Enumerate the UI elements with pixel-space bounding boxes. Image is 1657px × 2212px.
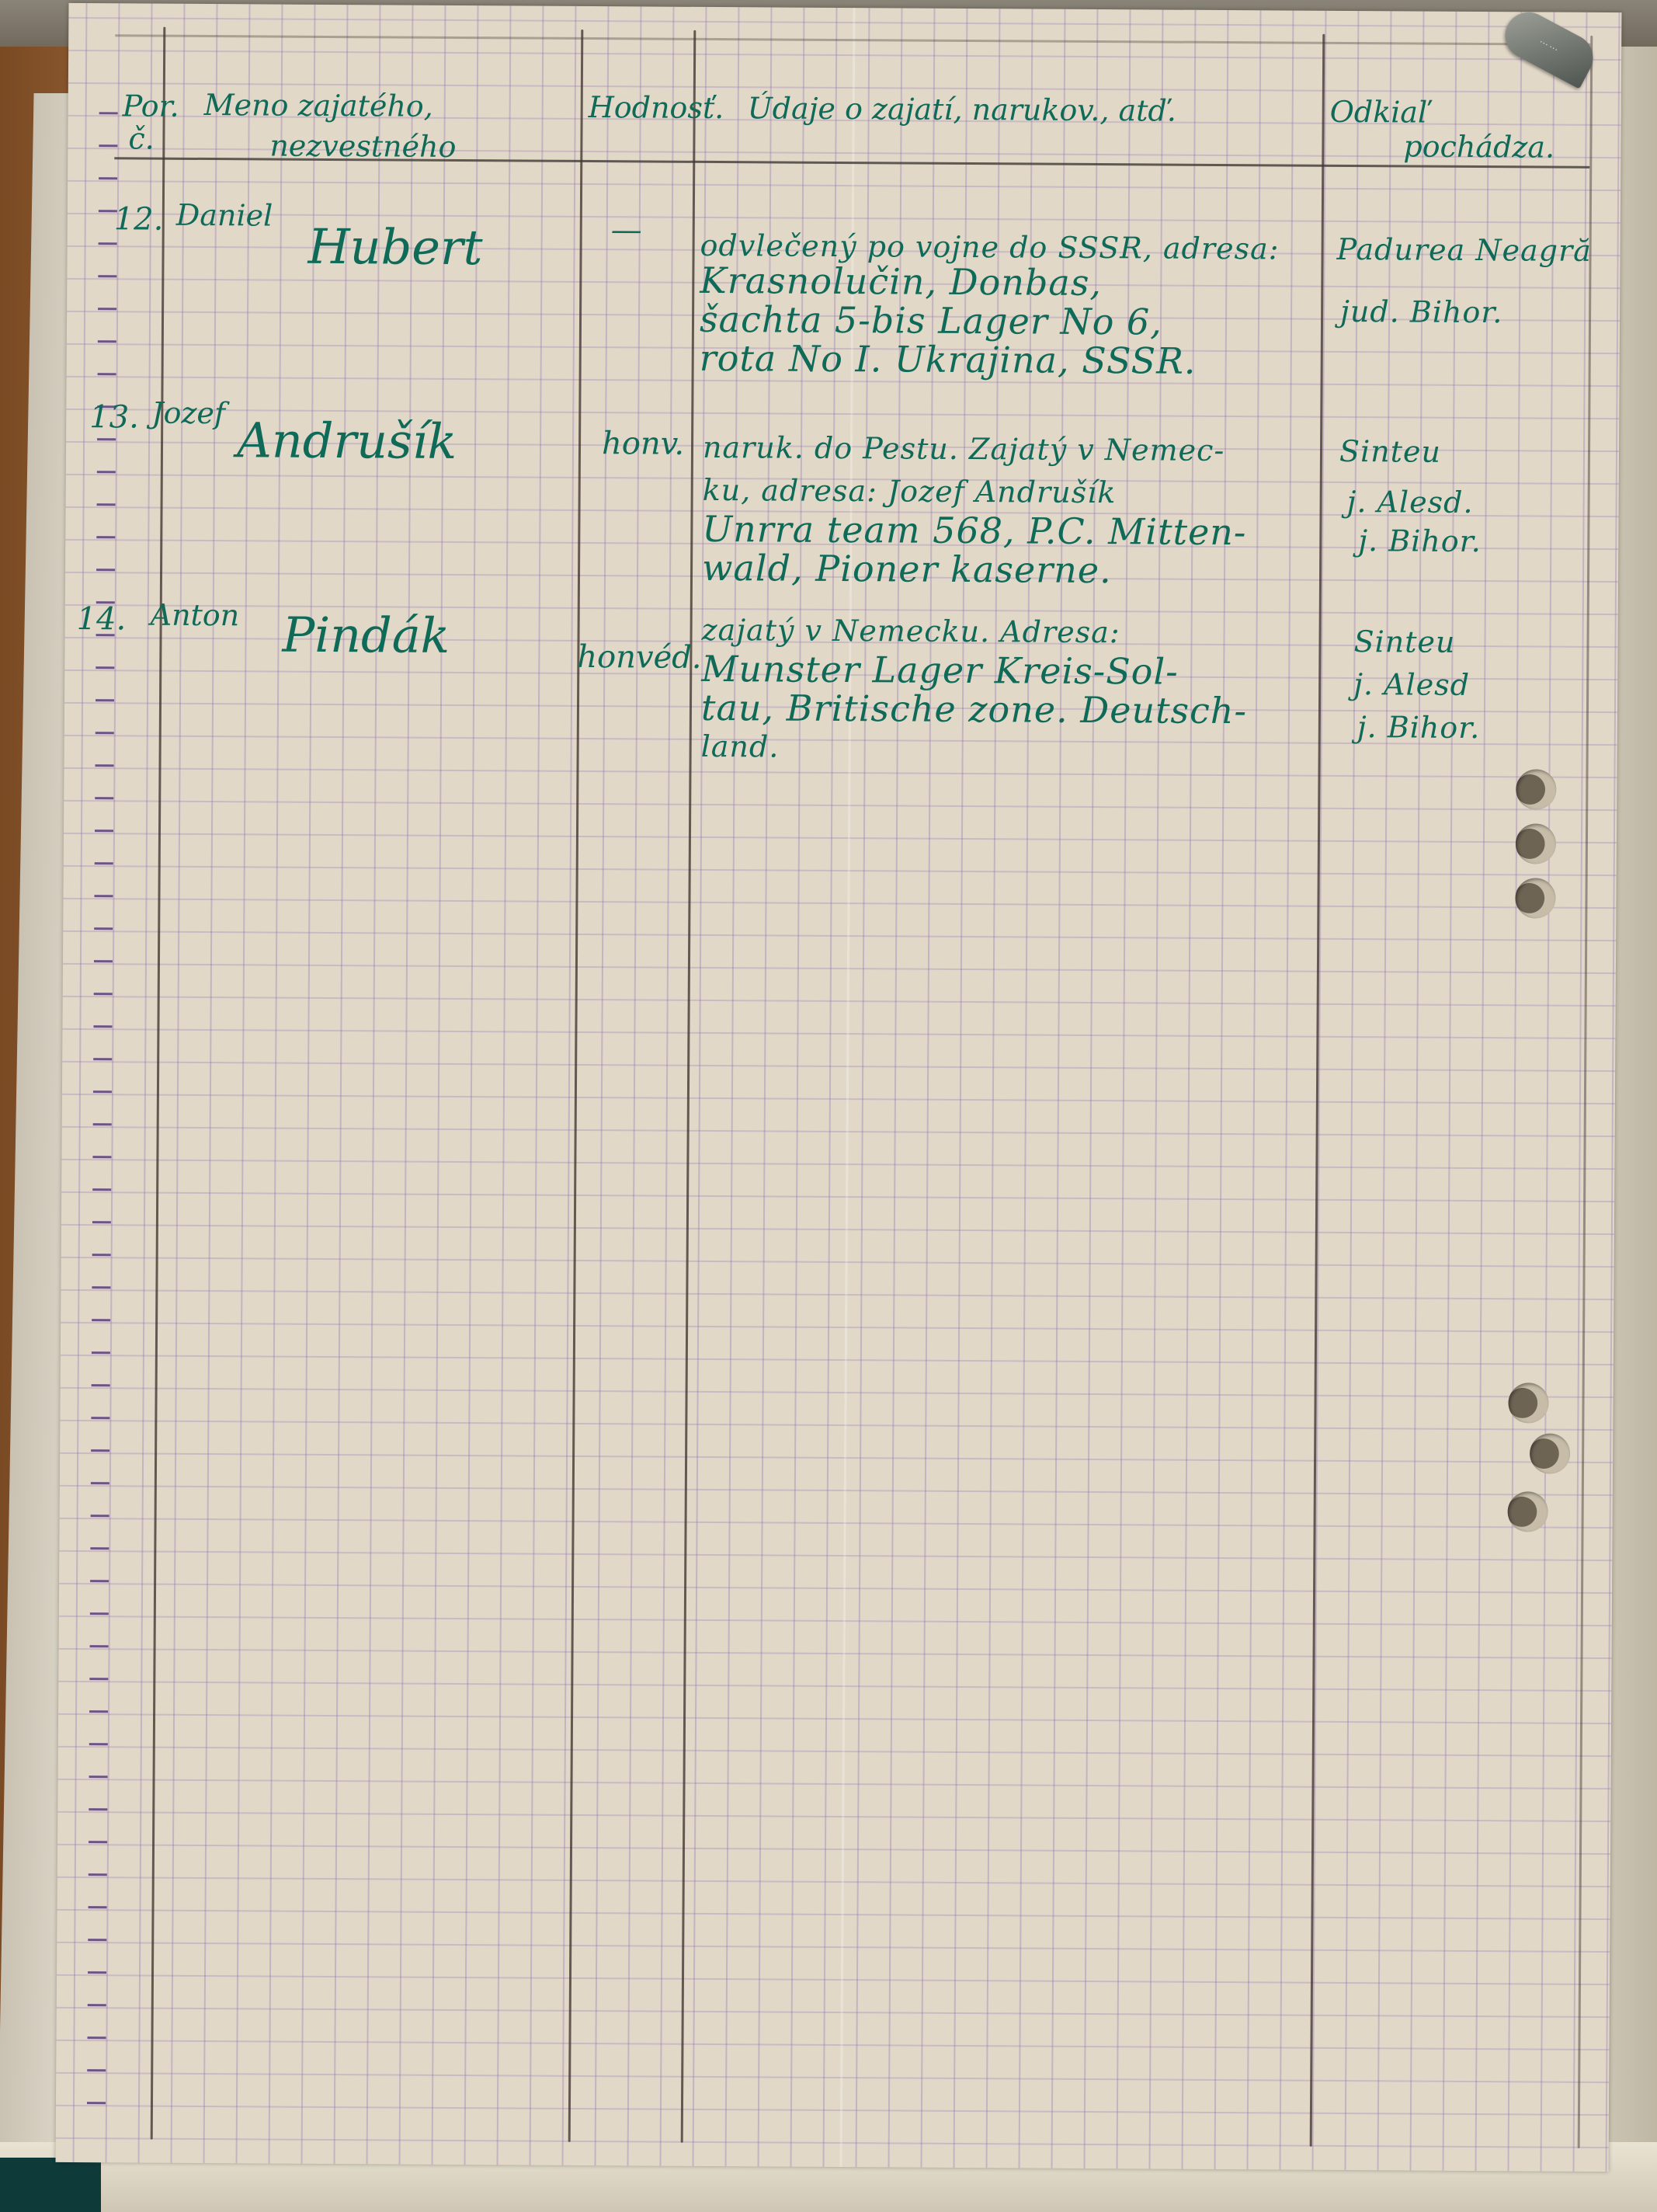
details-line: Krasnolučin, Donbas, (700, 259, 1102, 304)
punch-hole-icon (1516, 769, 1556, 809)
first-name: Anton (151, 598, 240, 633)
column-divider-name (568, 30, 584, 2142)
details-line: rota No I. Ukrajina, SSSR. (700, 337, 1197, 382)
punch-hole-icon (1508, 1382, 1548, 1423)
punch-hole-icon (1515, 878, 1555, 918)
header-number-line1: Por. (123, 89, 179, 123)
details-line: Munster Lager Kreis-Sol- (701, 648, 1179, 693)
column-divider-details (1310, 34, 1325, 2147)
column-divider-number (151, 27, 166, 2140)
origin-line: j. Bihor. (1358, 523, 1482, 558)
origin-line: Padurea Neagră (1336, 232, 1592, 268)
details-line: Unrra team 568, P.C. Mitten- (702, 508, 1246, 553)
details-line: zajatý v Nemecku. Adresa: (701, 613, 1120, 649)
details-line: šachta 5-bis Lager No 6, (700, 298, 1162, 343)
row-number: 12. (114, 201, 164, 237)
register-sheet: Por. č. Meno zajatého, nezvestného Hodno… (56, 3, 1622, 2172)
last-name: Andrušík (237, 412, 457, 470)
punch-hole-icon (1516, 823, 1556, 864)
dark-cover (0, 2158, 101, 2212)
last-name: Pindák (282, 607, 450, 664)
header-origin-line1: Odkiaľ (1330, 95, 1430, 130)
header-origin-line2: pochádza. (1403, 129, 1555, 164)
punch-hole-icon (1530, 1433, 1570, 1473)
header-name-line2: nezvestného (269, 129, 456, 164)
first-name: Daniel (176, 198, 273, 233)
last-name: Hubert (307, 218, 482, 276)
header-details: Údaje o zajatí, narukov., atď. (748, 91, 1176, 127)
first-name: Jozef (151, 396, 225, 431)
origin-line: Sinteu (1353, 624, 1455, 659)
details-line: tau, Britische zone. Deutsch- (701, 687, 1247, 732)
origin-line: j. Alesd (1353, 667, 1470, 702)
right-margin-rule (1578, 36, 1593, 2148)
origin-line: j. Alesd. (1346, 485, 1473, 520)
details-line: ku, adresa: Jozef Andrušík (703, 473, 1117, 510)
details-line: naruk. do Pestu. Zajatý v Nemec- (703, 430, 1225, 468)
row-number: 14. (77, 601, 127, 637)
rank: — (611, 212, 642, 248)
origin-line: Sinteu (1339, 434, 1441, 469)
header-number-line2: č. (128, 121, 155, 155)
row-number: 13. (89, 399, 139, 435)
details-line: land. (701, 729, 780, 764)
origin-line: jud. Bihor. (1340, 294, 1503, 329)
rank: honv. (602, 426, 684, 462)
rank: honvéd. (577, 639, 701, 676)
column-divider-rank (681, 30, 696, 2143)
details-line: wald, Pioner kaserne. (702, 547, 1112, 591)
header-name-line1: Meno zajatého, (204, 88, 433, 123)
punch-hole-icon (1508, 1491, 1548, 1532)
origin-line: j. Bihor. (1357, 710, 1481, 745)
header-rank: Hodnosť. (589, 90, 724, 125)
